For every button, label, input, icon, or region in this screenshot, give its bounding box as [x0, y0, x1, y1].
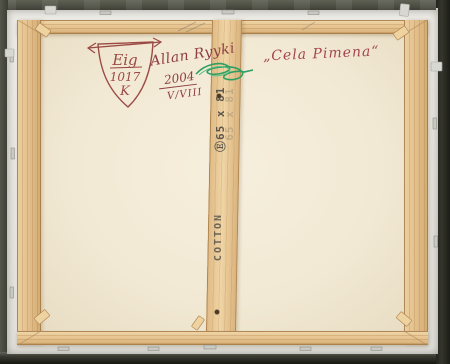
painting-back-photo: Eig 1017 K Allan Ryyki 2004 V/VIII „Cela…: [0, 0, 450, 364]
shield-name-text: Eig: [111, 51, 137, 69]
stretcher-crossbar: [206, 20, 242, 332]
frame-edge-right: [436, 0, 450, 364]
stretcher-bar-bottom: [17, 331, 428, 345]
shield-number-text: 1017: [110, 70, 141, 84]
stretcher-bar-left: [17, 20, 41, 345]
shield-letter-text: K: [119, 84, 131, 99]
cotton-stamp: COTTON: [213, 205, 227, 269]
size-stamp: Ⓔ65 x 81: [212, 88, 228, 152]
stretcher-bar-right: [404, 20, 428, 345]
